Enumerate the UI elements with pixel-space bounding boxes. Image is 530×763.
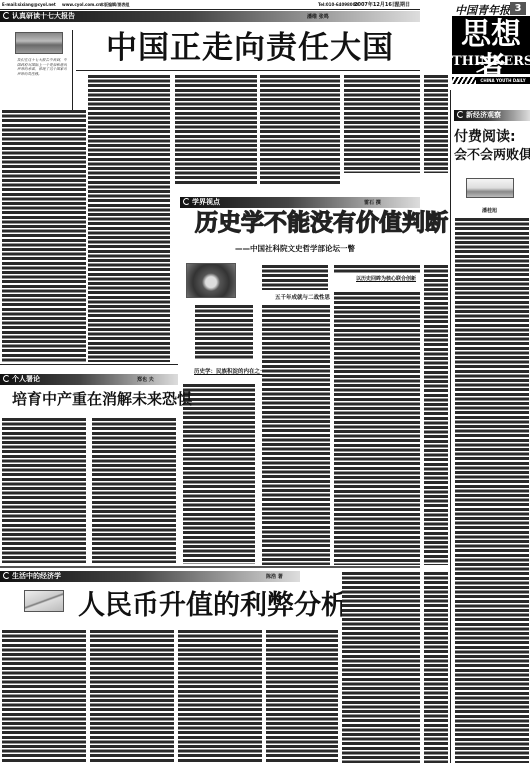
sidebar-divider (450, 90, 451, 763)
editor: 本版编辑/图表组 (100, 2, 129, 8)
main-column-6 (424, 75, 448, 173)
photo-building (466, 178, 514, 198)
rmb-column-3 (178, 630, 262, 763)
headline-rule (76, 70, 420, 71)
section-bar-main: 认真研读十七大报告 (0, 11, 420, 22)
telephone: Tel:010-64098000 (318, 2, 358, 7)
section-icon (3, 375, 10, 382)
email: E-mail:sixiang@cyol.net (2, 2, 56, 7)
headline-history: 历史学不能没有价值判断 (195, 209, 448, 237)
section-icon (183, 198, 190, 205)
divider (72, 30, 73, 110)
section-title-en: THINKERS (452, 54, 530, 70)
section-bar-rmb: 生活中的经济学 (0, 571, 300, 582)
middle-column-2 (92, 418, 176, 563)
main-lead: 我们在这十七大报告中看到，中国政府对国际上一个更加和谐的世界的承诺，体现了这个国… (17, 58, 67, 106)
history-quote (195, 305, 253, 360)
chart-photo (24, 590, 64, 612)
section-banner: 思想者 THINKERS (452, 16, 530, 74)
section-icon (3, 572, 10, 579)
main-column-5 (344, 75, 420, 173)
section-icon (457, 111, 464, 118)
rmb-column-2 (90, 630, 174, 763)
subhead-1: 历史学：民族积淀的内在之一 (194, 367, 266, 375)
main-column-2 (88, 75, 170, 362)
rmb-column-6 (424, 572, 448, 763)
photo-main (15, 32, 63, 54)
sidebar-headline-2: 会不会两败俱伤 (454, 147, 530, 165)
page-number: 3 (510, 2, 526, 15)
history-column-4 (424, 265, 448, 565)
headline-main: 中国正走向责任大国 (106, 30, 394, 66)
history-column-2 (262, 305, 330, 565)
section-bar-sidebar: 新经济观察 (454, 110, 530, 121)
weekday: 星期日 (395, 1, 410, 8)
sidebar-column (455, 218, 529, 763)
rmb-column-5 (342, 572, 420, 763)
byline-main: 潘维 张鸣 (307, 13, 329, 20)
middle-column-1 (2, 418, 86, 563)
section-label: 认真研读十七大报告 (12, 12, 75, 20)
section-label: 新经济观察 (466, 111, 501, 119)
history-column-2a (262, 265, 328, 290)
main-column-4 (260, 75, 340, 185)
section-label: 个人署论 (12, 375, 40, 383)
headline-middle: 培育中产重在消解未来恐惧 (12, 389, 192, 409)
subhead-2: 五千年成就与二战性思 (275, 293, 330, 301)
byline-history: 雷石 撰 (364, 199, 381, 206)
rmb-column-4 (266, 630, 338, 763)
headline-rmb: 人民币升值的利弊分析 (78, 590, 348, 622)
history-column-3 (334, 292, 420, 565)
main-column-3 (175, 75, 257, 185)
date: 2007年12月16日 (354, 1, 397, 8)
rmb-column-1 (2, 630, 86, 763)
sidebar-headline-1: 付费阅读: (454, 128, 516, 146)
section-label: 生活中的经济学 (12, 572, 61, 580)
masthead-rule (0, 9, 420, 10)
byline-middle: 郑也 夫 (137, 376, 154, 383)
subheadline-history: ——中国社科院文史哲学部论坛一瞥 (235, 243, 355, 254)
byline-sidebar: 潘桂旭 (482, 207, 497, 214)
rule (0, 364, 178, 365)
website: www.cyol.com.cn (62, 2, 101, 7)
section-icon (3, 12, 10, 19)
photo-flower (186, 263, 236, 298)
byline-rmb: 陈浩 著 (266, 573, 283, 580)
section-bar-history: 学界视点 (180, 197, 420, 208)
section-label: 学界视点 (192, 198, 220, 206)
history-column-1 (183, 384, 255, 564)
paper-name-en: CHINA YOUTH DAILY (476, 77, 530, 84)
main-column-1 (2, 110, 86, 362)
rule (0, 566, 420, 568)
section-title: 思想者 (452, 18, 530, 86)
subhead-3: 以历史回眸为核心联合创新 (356, 275, 416, 282)
history-column-3a (334, 265, 420, 273)
